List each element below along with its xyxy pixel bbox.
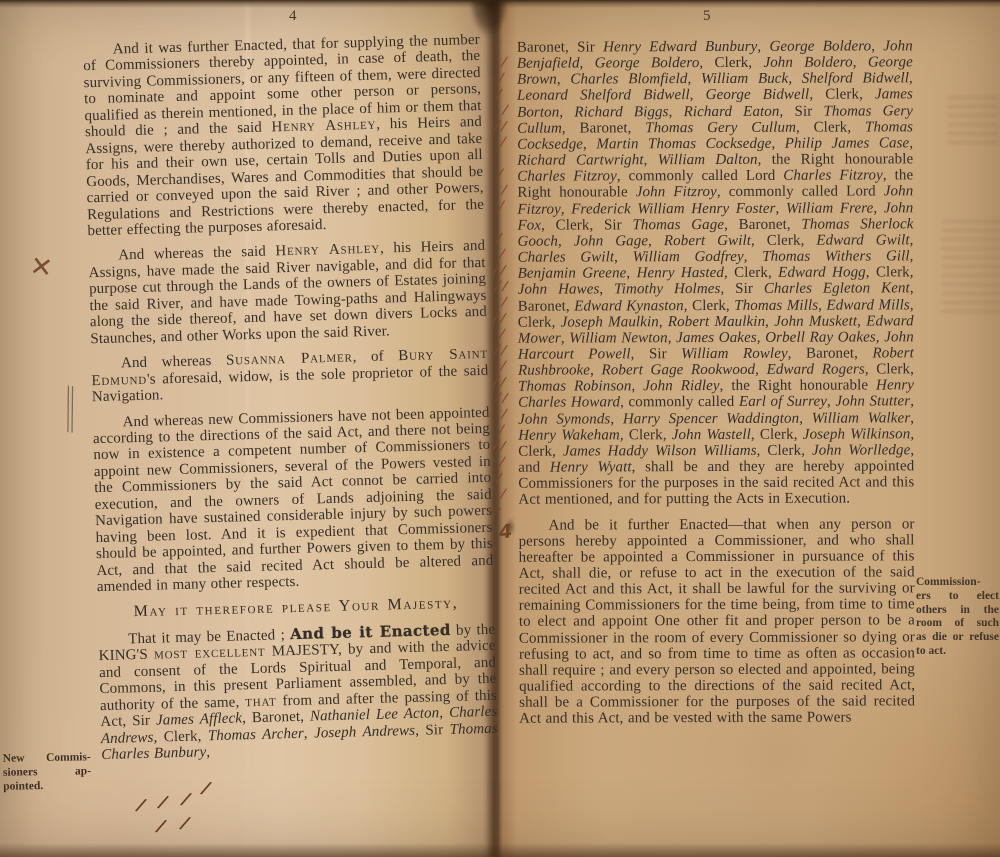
photo-bottom-edge <box>0 843 1000 857</box>
margin-note-line: room of such <box>916 617 999 631</box>
section-heading-majesty: May it therefore please Your Majesty, <box>97 594 494 621</box>
margin-note-line: to act. <box>916 645 999 659</box>
margin-note-commissioners-elect: Commission- ers to elect others in the r… <box>916 576 999 659</box>
page-number-5: 5 <box>703 8 711 25</box>
paragraph-elect-others: And be it further Enacted—that when any … <box>518 516 915 727</box>
ink-showthrough <box>942 220 1000 314</box>
margin-note-line: Commission- <box>916 576 999 590</box>
margin-note-line: as die or refuse <box>916 631 999 645</box>
page-5-text: Baronet, Sir Henry Edward Bunbury, Georg… <box>517 38 915 727</box>
photo-top-edge <box>0 0 1000 8</box>
paragraph-commissioner-names: Baronet, Sir Henry Edward Bunbury, Georg… <box>517 38 915 508</box>
page-4-text: And it was further Enacted, that for sup… <box>83 32 499 764</box>
margin-note-line: pointed. <box>3 779 91 794</box>
page-number-4: 4 <box>289 8 297 25</box>
paragraph-new-commissioners-needed: And whereas new Commissioners have not b… <box>92 404 494 595</box>
ink-showthrough <box>948 96 998 150</box>
ink-smudge <box>504 514 517 540</box>
paragraph-enacting-clause: That it may be Enacted ; And be it Enact… <box>98 621 498 764</box>
paragraph-river-navigable: And whereas the said Henry Ashley, his H… <box>88 238 487 347</box>
margin-note-line: others in the <box>916 604 999 618</box>
margin-note-line: sioners ap- <box>3 765 91 780</box>
margin-note-new-commissioners: New Commis- sioners ap- pointed. <box>3 751 92 794</box>
margin-note-line: ers to elect <box>916 590 999 604</box>
paragraph-susanna-palmer: And whereas Susanna Palmer, of Bury Sain… <box>91 346 489 406</box>
book-scan-photo: 4 5 And it was further Enacted, that for… <box>0 0 1000 857</box>
paragraph-supplying-commissioners: And it was further Enacted, that for sup… <box>83 32 485 240</box>
margin-note-line: New Commis- <box>3 751 91 766</box>
